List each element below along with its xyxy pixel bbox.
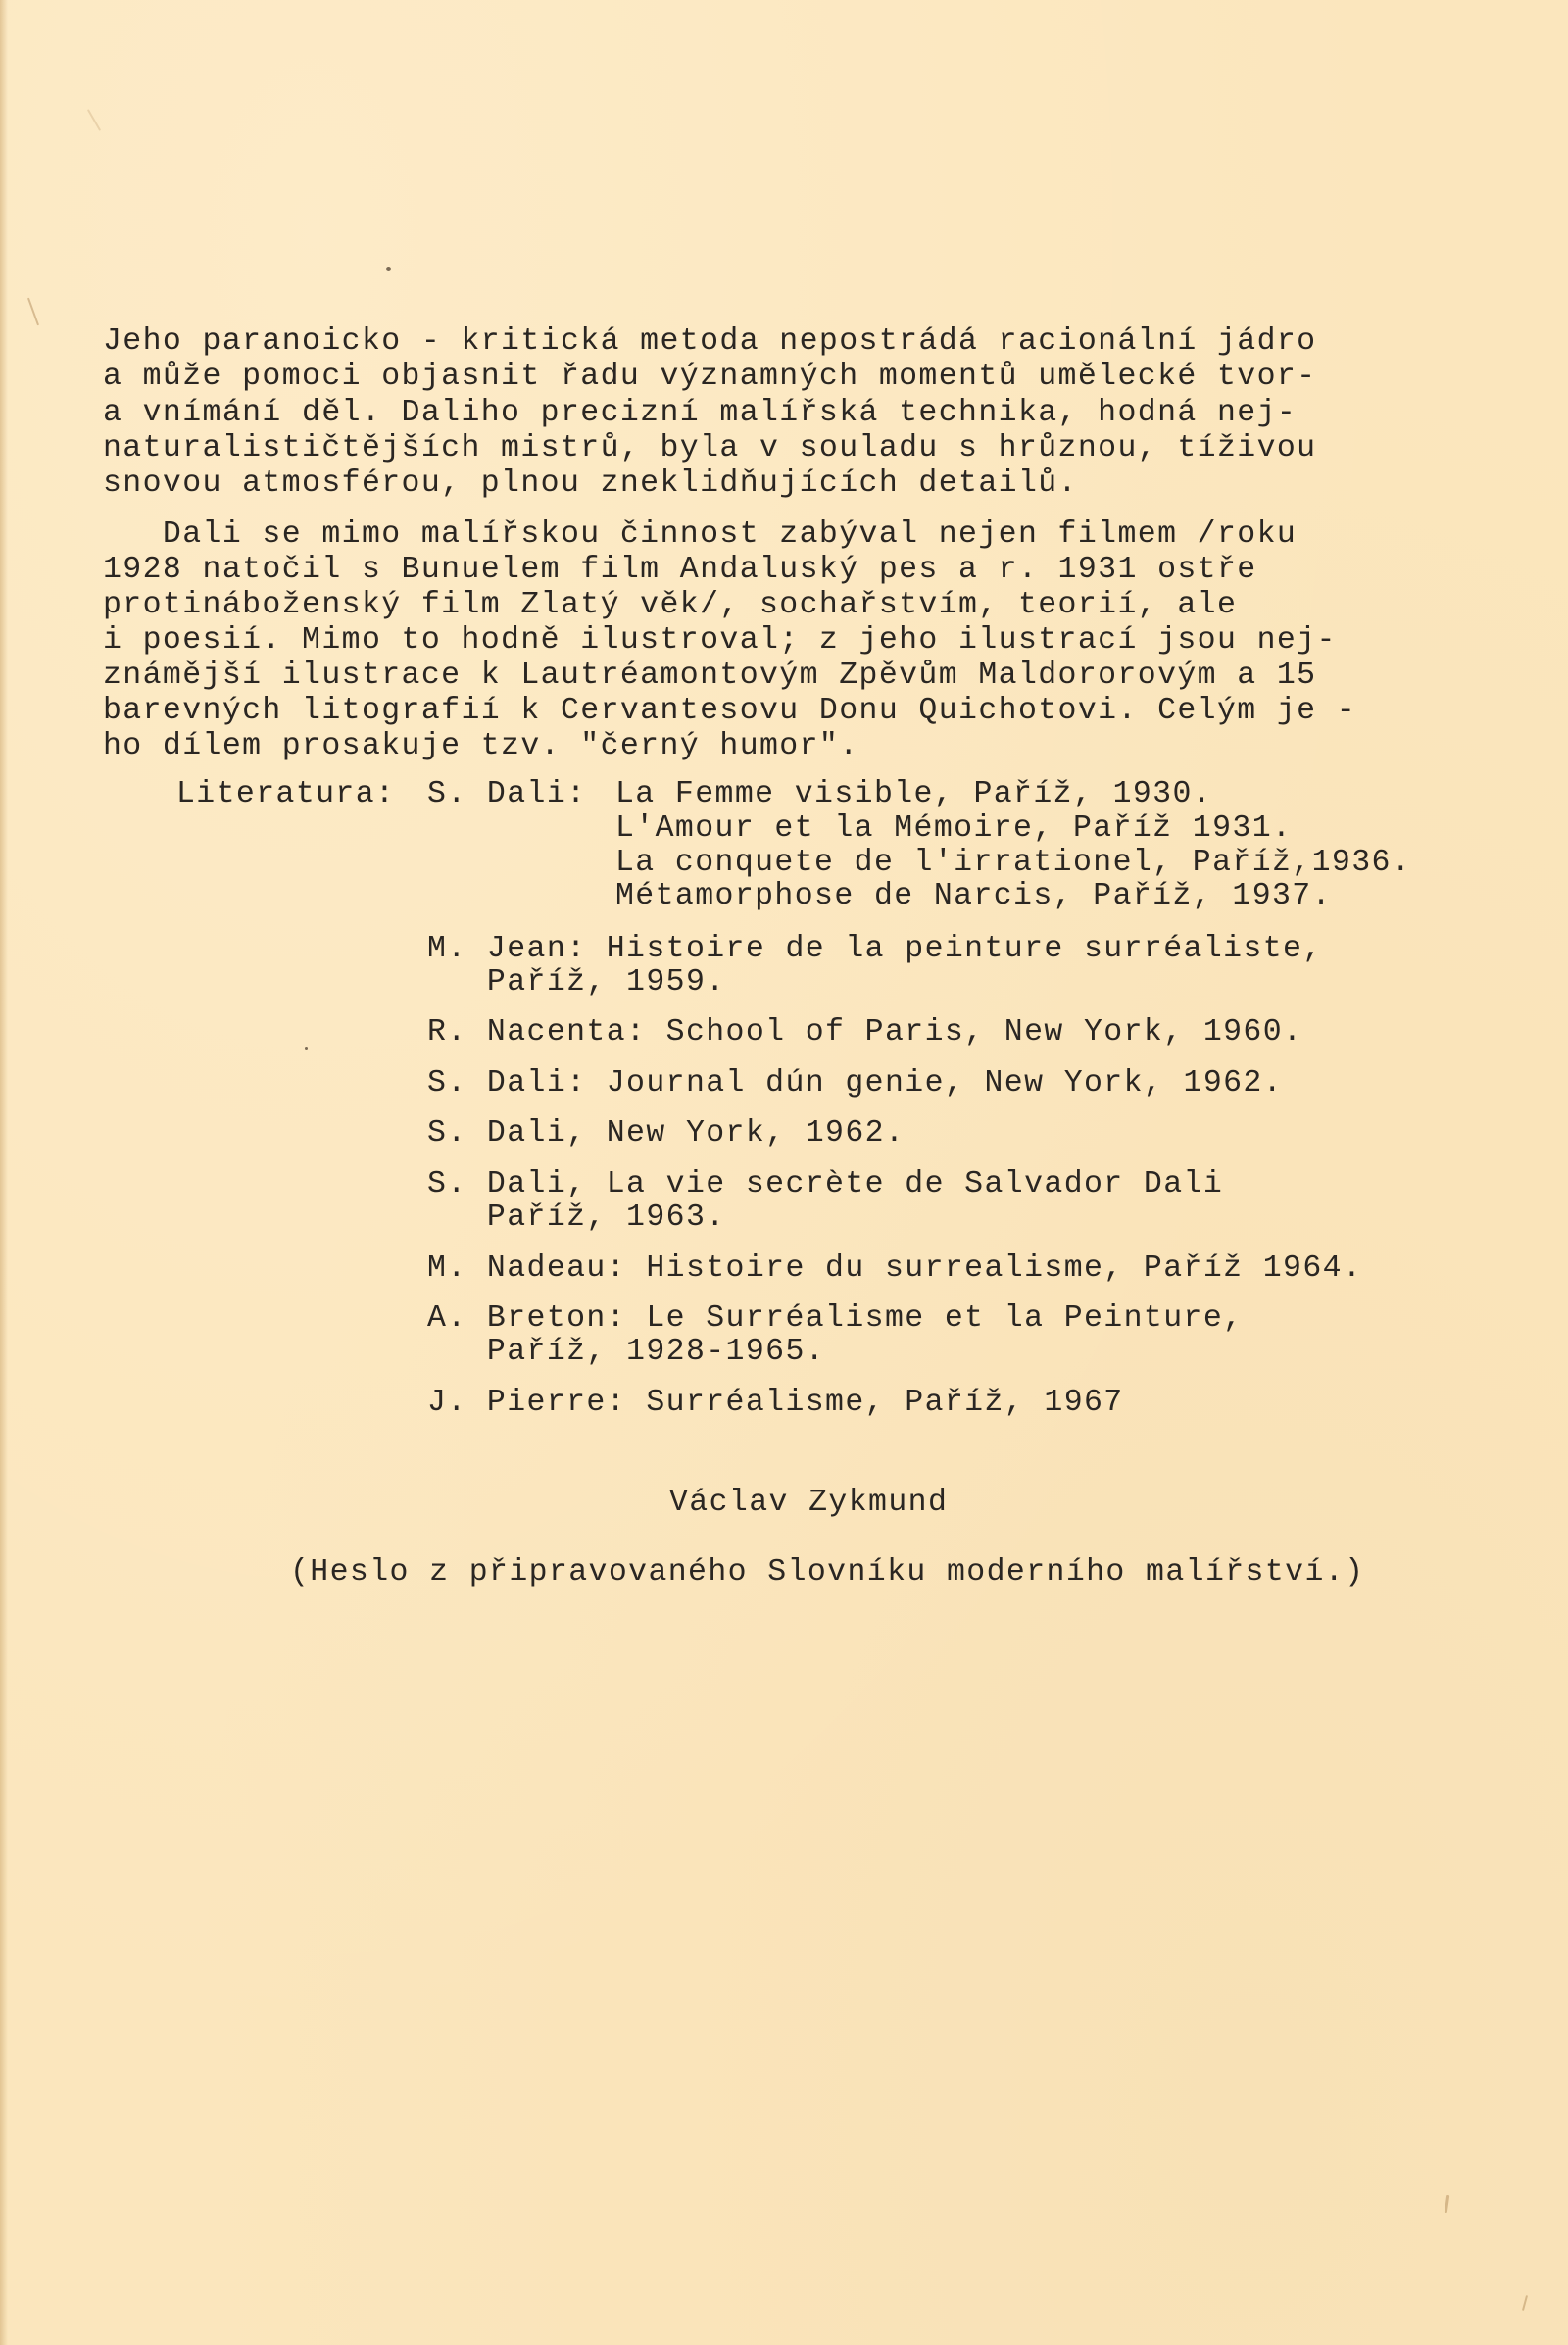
paragraph-1-line: Jeho paranoicko - kritická metoda nepost… [103,326,1317,358]
paragraph-1-line: a může pomoci objasnit řadu významných m… [103,362,1317,393]
paragraph-2-line: ho dílem prosakuje tzv. "černý humor". [103,731,859,762]
paragraph-1-line: snovou atmosférou, plnou zneklidňujících… [103,468,1078,500]
paragraph-1-line: a vnímání děl. Daliho precizní malířská … [103,398,1297,429]
paragraph-1-line: naturalističtějších mistrů, byla v soula… [103,433,1317,464]
literature-entry: M. Jean: Histoire de la peinture surréal… [427,934,1323,965]
literature-entry: Paříž, 1963. [427,1202,726,1234]
literature-entry: M. Nadeau: Histoire du surrealisme, Paří… [427,1253,1362,1285]
ink-speck [305,1047,308,1050]
literature-entry: S. Dali: Journal dún genie, New York, 19… [427,1068,1283,1099]
author-signature: Václav Zykmund [669,1488,948,1519]
literature-entry: J. Pierre: Surréalisme, Paříž, 1967 [427,1388,1124,1419]
paragraph-2-line: barevných litografií k Cervantesovu Donu… [103,696,1356,727]
paragraph-2-line: Dali se mimo malířskou činnost zabýval n… [103,519,1297,551]
literature-entry: Paříž, 1928-1965. [427,1337,825,1368]
paragraph-2-line: protináboženský film Zlatý věk/, sochařs… [103,590,1237,621]
literature-label: Literatura: [176,779,395,810]
paper-edge [0,0,8,2345]
literature-work: Métamorphose de Narcis, Paříž, 1937. [615,881,1332,912]
paragraph-2-line: i poesií. Mimo to hodně ilustroval; z je… [103,625,1337,657]
literature-entry: A. Breton: Le Surréalisme et la Peinture… [427,1303,1243,1335]
source-note: (Heslo z připravovaného Slovníku moderní… [290,1557,1364,1588]
literature-work: L'Amour et la Mémoire, Paříž 1931. [615,813,1292,845]
literature-entry: R. Nacenta: School of Paris, New York, 1… [427,1017,1302,1049]
literature-entry: S. Dali, La vie secrète de Salvador Dali [427,1169,1223,1200]
literature-work: La conquete de l'irrationel, Paříž,1936. [615,848,1411,879]
literature-entry: S. Dali, New York, 1962. [427,1118,905,1149]
ink-speck [386,267,391,271]
paragraph-2-line: známější ilustrace k Lautréamontovým Zpě… [103,660,1317,692]
literature-entry: Paříž, 1959. [427,967,726,999]
paragraph-2-line: 1928 natočil s Bunuelem film Andaluský p… [103,555,1257,586]
literature-first-author: S. Dali: [427,779,586,810]
literature-work: La Femme visible, Paříž, 1930. [615,779,1212,810]
